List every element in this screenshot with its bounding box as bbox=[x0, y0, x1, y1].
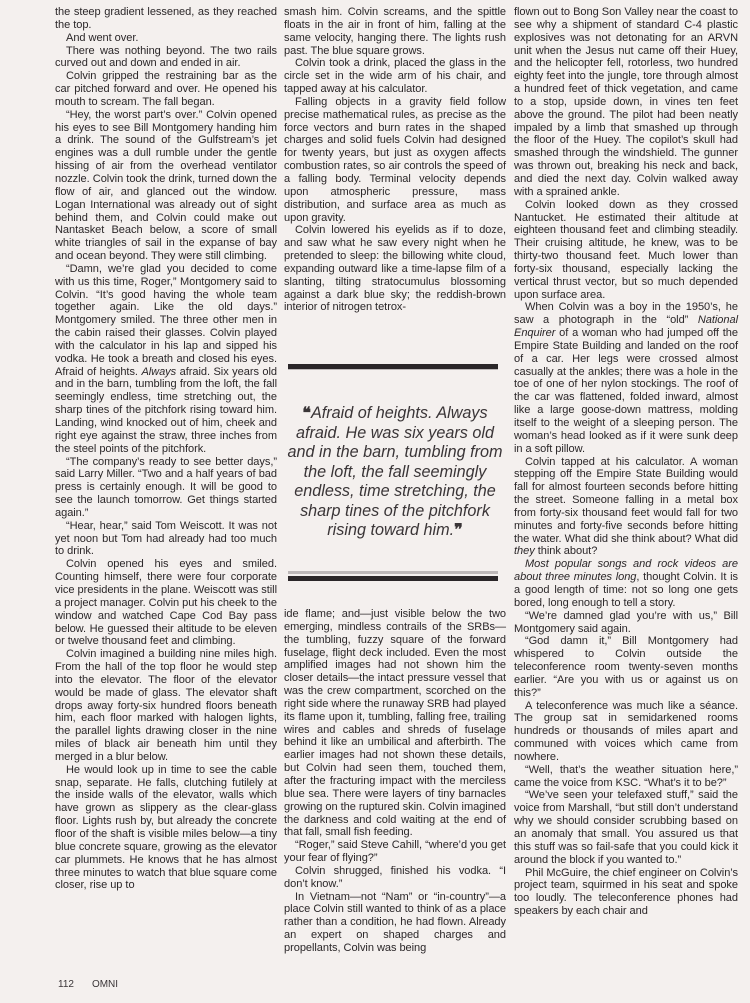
pull-quote: ❝Afraid of heights. Always afraid. He wa… bbox=[284, 364, 506, 594]
paragraph: Colvin took a drink, placed the glass in… bbox=[284, 57, 506, 96]
italic-run: Always bbox=[141, 366, 176, 378]
paragraph: Colvin opened his eyes and smiled. Count… bbox=[55, 558, 277, 648]
paragraph: Colvin tapped at his calculator. A woman… bbox=[514, 456, 738, 559]
paragraph: Falling objects in a gravity field follo… bbox=[284, 96, 506, 224]
close-quote-icon: ❞ bbox=[454, 522, 463, 539]
text-run: of a woman who had jumped off the Empire… bbox=[514, 327, 738, 455]
text-column-1: the steep gradient lessened, as they rea… bbox=[55, 6, 277, 892]
paragraph: “The company’s ready to see better days,… bbox=[55, 456, 277, 520]
paragraph: the steep gradient lessened, as they rea… bbox=[55, 6, 277, 32]
paragraph: “We’re damned glad you’re with us,” Bill… bbox=[514, 610, 738, 636]
open-quote-icon: ❝ bbox=[302, 405, 311, 422]
page-number: 112 bbox=[58, 979, 74, 990]
paragraph: “Hear, hear,” said Tom Weiscott. It was … bbox=[55, 520, 277, 559]
paragraph: “Well, that’s the weather situation here… bbox=[514, 764, 738, 790]
paragraph: “Hey, the worst part’s over.” Colvin ope… bbox=[55, 109, 277, 263]
paragraph: There was nothing beyond. The two rails … bbox=[55, 45, 277, 71]
paragraph: Most popular songs and rock videos are a… bbox=[514, 558, 738, 609]
paragraph: A teleconference was much like a séance.… bbox=[514, 700, 738, 764]
paragraph: When Colvin was a boy in the 1950’s, he … bbox=[514, 301, 738, 455]
text-run: “Damn, we’re glad you decided to come wi… bbox=[55, 263, 277, 378]
page-footer: 112OMNI bbox=[58, 979, 136, 990]
paragraph: “Roger,” said Steve Cahill, “where’d you… bbox=[284, 839, 506, 865]
pull-quote-body: Afraid of heights. Always afraid. He was… bbox=[287, 404, 502, 539]
paragraph: flown out to Bong Son Valley near the co… bbox=[514, 6, 738, 199]
text-column-2-bottom: ide flame; and—just visible below the tw… bbox=[284, 608, 506, 955]
italic-run: they bbox=[514, 545, 535, 557]
paragraph: ide flame; and—just visible below the tw… bbox=[284, 608, 506, 839]
paragraph: Colvin imagined a building nine miles hi… bbox=[55, 648, 277, 764]
paragraph: In Vietnam—not “Nam” or “in-country”—a p… bbox=[284, 891, 506, 955]
pull-quote-bottom-rule bbox=[288, 574, 498, 581]
paragraph: Colvin shrugged, finished his vodka. “I … bbox=[284, 865, 506, 891]
paragraph: Phil McGuire, the chief engineer on Colv… bbox=[514, 867, 738, 918]
text-run: think about? bbox=[535, 545, 598, 557]
magazine-page: the steep gradient lessened, as they rea… bbox=[0, 0, 750, 1003]
publication-name: OMNI bbox=[92, 979, 118, 990]
text-run: afraid. Six years old and in the barn, t… bbox=[55, 366, 277, 455]
paragraph: Colvin gripped the restraining bar as th… bbox=[55, 70, 277, 109]
paragraph: He would look up in time to see the cabl… bbox=[55, 764, 277, 892]
paragraph: “Damn, we’re glad you decided to come wi… bbox=[55, 263, 277, 456]
text-column-3: flown out to Bong Son Valley near the co… bbox=[514, 6, 738, 918]
text-run: Colvin tapped at his calculator. A woman… bbox=[514, 456, 738, 545]
pull-quote-top-rule bbox=[288, 364, 498, 370]
pull-quote-text: ❝Afraid of heights. Always afraid. He wa… bbox=[284, 404, 506, 541]
paragraph: smash him. Colvin screams, and the spitt… bbox=[284, 6, 506, 57]
paragraph: Colvin looked down as they crossed Nantu… bbox=[514, 199, 738, 302]
paragraph: And went over. bbox=[55, 32, 277, 45]
text-column-2-top: smash him. Colvin screams, and the spitt… bbox=[284, 6, 506, 314]
paragraph: “We’ve seen your telefaxed stuff,” said … bbox=[514, 789, 738, 866]
paragraph: “God damn it,” Bill Montgomery had whisp… bbox=[514, 635, 738, 699]
paragraph: Colvin lowered his eyelids as if to doze… bbox=[284, 224, 506, 314]
